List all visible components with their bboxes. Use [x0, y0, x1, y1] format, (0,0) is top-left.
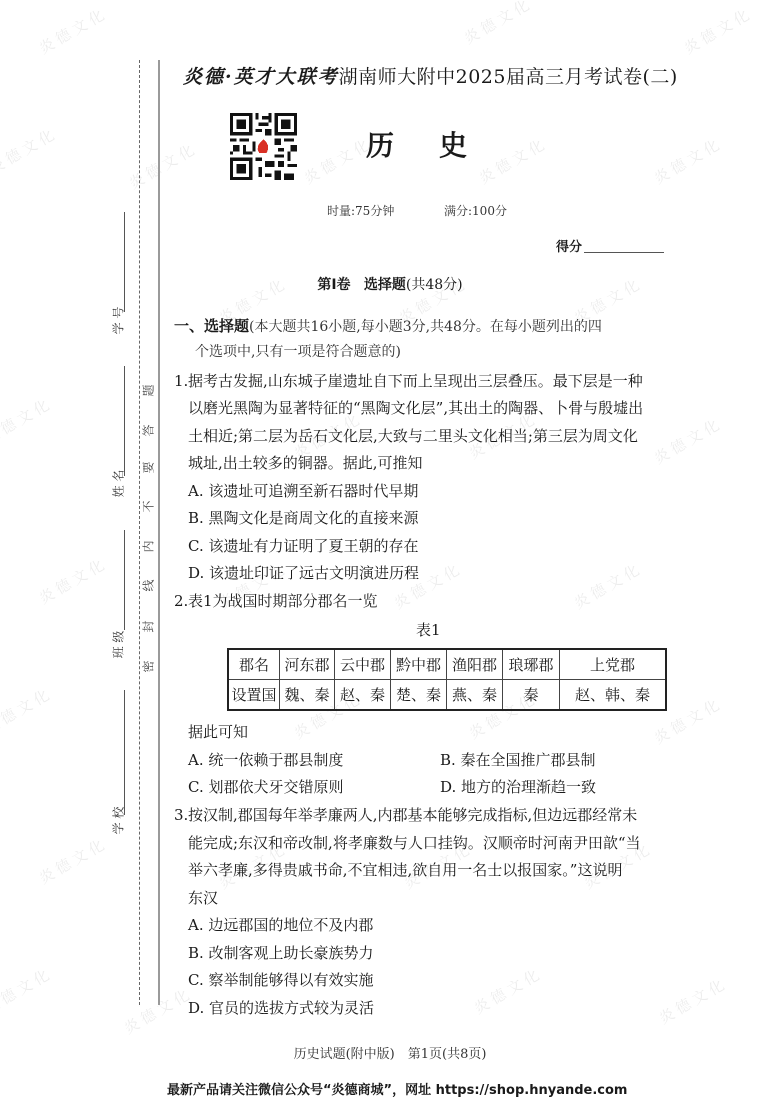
question-stem-line: 城址,出土较多的铜器。据此,可推知: [188, 453, 423, 473]
seal-text-char: 不: [140, 500, 157, 514]
table-cell: 云中郡: [335, 649, 391, 680]
exam-full-score: 满分:100分: [444, 202, 507, 219]
table-cell: 赵、韩、秦: [560, 680, 667, 711]
watermark: 炎德文化: [35, 2, 111, 58]
watermark: 炎德文化: [470, 962, 546, 1018]
section-title: 第Ⅰ卷 选择题(共48分): [0, 274, 780, 294]
table-cell: 琅琊郡: [503, 649, 560, 680]
watermark: 炎德文化: [0, 962, 56, 1018]
table-cell: 设置国: [228, 680, 280, 711]
watermark: 炎德文化: [650, 132, 726, 188]
option-c[interactable]: C. 该遗址有力证明了夏王朝的存在: [188, 536, 418, 556]
exam-header: 炎德·英才大联考湖南师大附中2025届高三月考试卷(二): [183, 62, 678, 89]
option-a[interactable]: A. 统一依赖于郡县制度: [188, 750, 343, 770]
watermark: 炎德文化: [570, 557, 646, 613]
option-b[interactable]: B. 秦在全国推广郡县制: [440, 750, 596, 770]
seal-text-char: 题: [140, 384, 157, 398]
margin-border-line: [158, 60, 160, 1005]
name-write-line[interactable]: [124, 366, 125, 476]
watermark: 炎德文化: [0, 122, 61, 178]
subject-title-char-2: 史: [439, 124, 467, 164]
option-c[interactable]: C. 划郡依犬牙交错原则: [188, 777, 343, 797]
watermark: 炎德文化: [655, 972, 731, 1028]
subject-title-char-1: 历: [366, 124, 394, 164]
watermark: 炎德文化: [35, 552, 111, 608]
watermark: 炎德文化: [460, 0, 536, 49]
commandery-table: 郡名 河东郡 云中郡 黔中郡 渔阳郡 琅琊郡 上党郡 设置国 魏、秦 赵、秦 楚…: [227, 648, 667, 711]
table-cell: 渔阳郡: [447, 649, 503, 680]
instructions-text: (本大题共16小题,每小题3分,共48分。在每小题列出的四: [249, 319, 602, 335]
question-number: 3.: [174, 805, 188, 825]
instructions-heading: 一、选择题: [174, 317, 249, 335]
watermark: 炎德文化: [0, 392, 56, 448]
section-part: 第Ⅰ卷: [317, 277, 350, 293]
seal-dotted-line: [139, 60, 140, 1005]
question-stem-line: 能完成;东汉和帝改制,将孝廉数与人口挂钩。汉顺帝时河南尹田歆“当: [188, 833, 641, 853]
exam-title: 湖南师大附中2025届高三月考试卷(二): [339, 66, 678, 88]
option-d[interactable]: D. 官员的选拔方式较为灵活: [188, 998, 374, 1018]
option-b[interactable]: B. 改制客观上助长豪族势力: [188, 943, 374, 963]
school-label: 学 校: [109, 807, 126, 835]
question-stem-line: 按汉制,郡国每年举孝廉两人,内郡基本能够完成指标,但边远郡经常未: [188, 805, 637, 825]
table-cell: 燕、秦: [447, 680, 503, 711]
table-row: 郡名 河东郡 云中郡 黔中郡 渔阳郡 琅琊郡 上党郡: [228, 649, 666, 680]
question-stem-line: 土相近;第二层为岳石文化层,大致与二里头文化相当;第三层为周文化: [188, 426, 638, 446]
option-d[interactable]: D. 该遗址印证了远古文明演进历程: [188, 563, 419, 583]
instructions: 一、选择题(本大题共16小题,每小题3分,共48分。在每小题列出的四: [174, 316, 602, 337]
watermark: 炎德文化: [650, 412, 726, 468]
seal-text-char: 线: [140, 579, 157, 593]
instructions-text-continued: 个选项中,只有一项是符合题意的): [195, 342, 401, 362]
qr-code-icon[interactable]: [230, 113, 297, 180]
watermark: 炎德文化: [680, 2, 756, 58]
seal-text-char: 答: [140, 424, 157, 438]
question-stem-line: 表1为战国时期部分郡名一览: [188, 591, 378, 611]
option-d[interactable]: D. 地方的治理渐趋一致: [440, 777, 596, 797]
option-c[interactable]: C. 察举制能够得以有效实施: [188, 970, 373, 990]
class-write-line[interactable]: [124, 530, 125, 630]
score-label: 得分: [556, 240, 582, 255]
table-cell: 赵、秦: [335, 680, 391, 711]
table-row: 设置国 魏、秦 赵、秦 楚、秦 燕、秦 秦 赵、韩、秦: [228, 680, 666, 711]
name-label: 姓 名: [109, 470, 126, 498]
promo-banner[interactable]: 最新产品请关注微信公众号“炎德商城”，网址 https://shop.hnyan…: [167, 1079, 627, 1098]
watermark: 炎德文化: [0, 682, 56, 738]
option-a[interactable]: A. 该遗址可追溯至新石器时代早期: [188, 481, 418, 501]
score-field[interactable]: 得分: [556, 236, 664, 255]
student-id-write-line[interactable]: [124, 212, 125, 312]
question-stem-line: 据此可知: [188, 722, 248, 742]
option-b[interactable]: B. 黑陶文化是商周文化的直接来源: [188, 508, 419, 528]
question-stem-line: 举六孝廉,多得贵戚书命,不宜相违,欲自用一名士以报国家。”这说明: [188, 860, 622, 880]
score-write-line[interactable]: [584, 240, 664, 253]
seal-text-char: 要: [140, 461, 157, 475]
watermark: 炎德文化: [35, 832, 111, 888]
watermark: 炎德文化: [475, 132, 551, 188]
table-cell: 魏、秦: [280, 680, 335, 711]
seal-text-char: 密: [140, 660, 157, 674]
seal-text-char: 封: [140, 620, 157, 634]
question-number: 1.: [174, 371, 188, 391]
question-stem-line: 以磨光黑陶为显著特征的“黑陶文化层”,其出土的陶器、卜骨与殷墟出: [188, 398, 643, 418]
brand-name: 炎德·英才大联考: [183, 66, 339, 88]
option-a[interactable]: A. 边远郡国的地位不及内郡: [188, 915, 373, 935]
table-cell: 上党郡: [560, 649, 667, 680]
exam-time: 时量:75分钟: [327, 202, 394, 219]
table-cell: 河东郡: [280, 649, 335, 680]
question-stem-line: 据考古发掘,山东城子崖遗址自下而上呈现出三层叠压。最下层是一种: [188, 371, 643, 391]
page-footer: 历史试题(附中版) 第1页(共8页): [0, 1043, 780, 1062]
question-number: 2.: [174, 591, 188, 611]
seal-text-char: 内: [140, 540, 157, 554]
table-cell: 秦: [503, 680, 560, 711]
table-cell: 郡名: [228, 649, 280, 680]
class-label: 班 级: [109, 631, 126, 659]
table-cell: 楚、秦: [391, 680, 447, 711]
section-points: (共48分): [406, 277, 463, 293]
watermark: 炎德文化: [300, 132, 376, 188]
table-caption: 表1: [416, 620, 441, 640]
watermark: 炎德文化: [125, 137, 201, 193]
table-cell: 黔中郡: [391, 649, 447, 680]
school-write-line[interactable]: [124, 690, 125, 815]
section-name: 选择题: [364, 277, 406, 293]
student-id-label: 学 号: [109, 307, 126, 335]
question-stem-line: 东汉: [188, 888, 218, 908]
